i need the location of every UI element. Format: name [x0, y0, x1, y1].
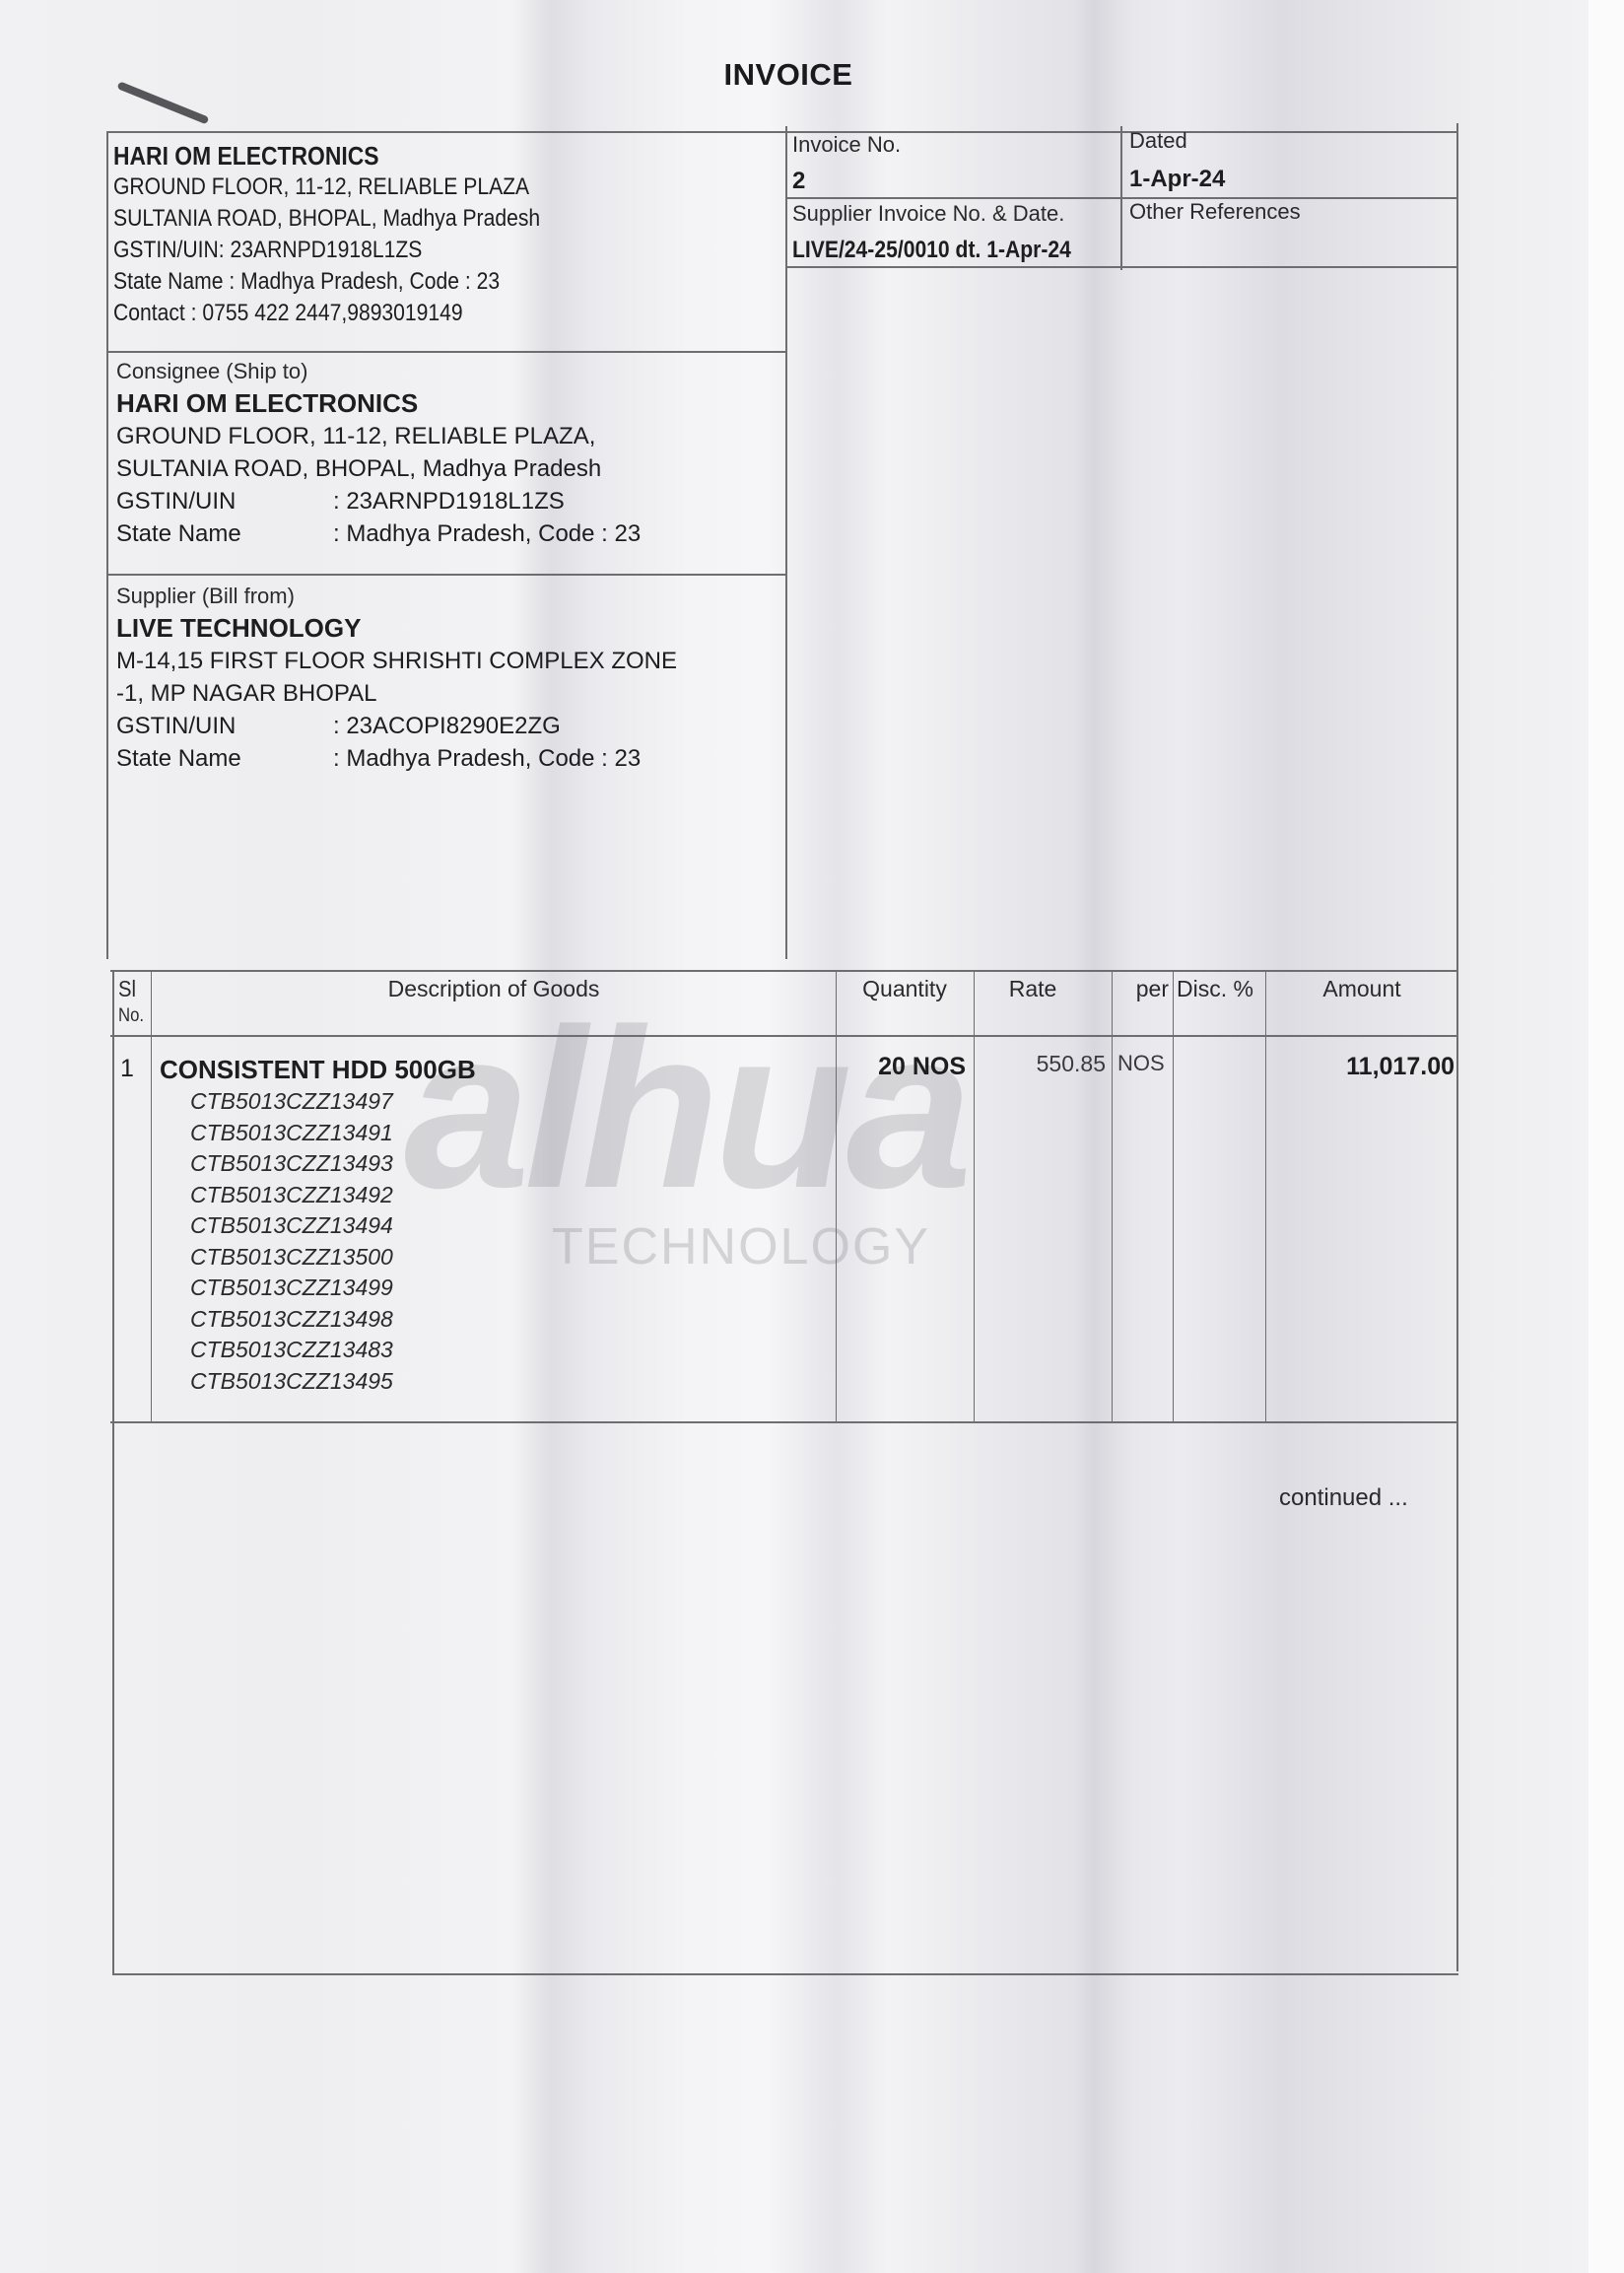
table-body-bottom [110, 1421, 1458, 1423]
consignee-state-row: State Name : Madhya Pradesh, Code : 23 [116, 517, 641, 550]
document-title: INVOICE [591, 57, 985, 93]
serial-number: CTB5013CZZ13499 [190, 1273, 393, 1304]
meta-row1-divider [785, 197, 1458, 199]
row-per: NOS [1117, 1051, 1165, 1076]
col-divider-qty [974, 970, 975, 1421]
col-divider-per [1173, 970, 1174, 1421]
buyer-divider [106, 351, 786, 353]
table-bottom-border [114, 1973, 1458, 1975]
consignee-heading: Consignee (Ship to) [116, 355, 641, 387]
table-top-border [110, 970, 1458, 972]
buyer-contact: Contact : 0755 422 2447,9893019149 [113, 298, 540, 329]
supplier-gstin-value: : 23ACOPI8290E2ZG [333, 710, 561, 742]
header-center-divider [785, 126, 787, 959]
buyer-state: State Name : Madhya Pradesh, Code : 23 [113, 266, 540, 298]
header-sl-no: No. [118, 1005, 144, 1027]
supplier-name: LIVE TECHNOLOGY [116, 612, 677, 645]
consignee-gstin-row: GSTIN/UIN : 23ARNPD1918L1ZS [116, 485, 641, 517]
header-description: Description of Goods [152, 976, 836, 1002]
serial-number: CTB5013CZZ13493 [190, 1148, 393, 1180]
supplier-heading: Supplier (Bill from) [116, 580, 677, 612]
consignee-divider [108, 574, 786, 576]
serial-number: CTB5013CZZ13494 [190, 1210, 393, 1242]
buyer-address-line: SULTANIA ROAD, BHOPAL, Madhya Pradesh [113, 203, 540, 235]
supplier-state-row: State Name : Madhya Pradesh, Code : 23 [116, 742, 677, 775]
dated-label: Dated [1129, 128, 1187, 154]
consignee-gstin-label: GSTIN/UIN [116, 485, 333, 517]
invoice-no-label: Invoice No. [792, 132, 901, 158]
dated-value: 1-Apr-24 [1129, 166, 1225, 193]
row-description: CONSISTENT HDD 500GB [160, 1055, 476, 1085]
col-divider-disc [1265, 970, 1266, 1421]
supplier-invoice-value: LIVE/24-25/0010 dt. 1-Apr-24 [792, 237, 1071, 264]
scan-background [1589, 0, 1624, 2273]
header-discount: Disc. % [1177, 976, 1253, 1002]
header-top-border [106, 131, 1458, 133]
table-left-border [112, 970, 114, 1975]
other-references-label: Other References [1129, 199, 1301, 225]
serial-number: CTB5013CZZ13500 [190, 1242, 393, 1274]
col-divider-sl [151, 970, 152, 1421]
serial-list: CTB5013CZZ13497 CTB5013CZZ13491 CTB5013C… [190, 1086, 393, 1397]
supplier-invoice-label: Supplier Invoice No. & Date. [792, 201, 1064, 227]
header-rate: Rate [974, 976, 1092, 1002]
invoice-no-value: 2 [792, 168, 805, 195]
supplier-state-value: : Madhya Pradesh, Code : 23 [333, 742, 641, 775]
serial-number: CTB5013CZZ13498 [190, 1304, 393, 1336]
consignee-address-line: GROUND FLOOR, 11-12, RELIABLE PLAZA, [116, 420, 641, 452]
supplier-address-line: -1, MP NAGAR BHOPAL [116, 677, 677, 710]
continued-note: continued ... [1279, 1484, 1408, 1512]
consignee-gstin-value: : 23ARNPD1918L1ZS [333, 485, 565, 517]
header-amount: Amount [1265, 976, 1458, 1002]
buyer-name: HARI OM ELECTRONICS [113, 140, 540, 172]
consignee-state-label: State Name [116, 517, 333, 550]
supplier-address-line: M-14,15 FIRST FLOOR SHRISHTI COMPLEX ZON… [116, 645, 677, 677]
serial-number: CTB5013CZZ13491 [190, 1118, 393, 1149]
consignee-state-value: : Madhya Pradesh, Code : 23 [333, 517, 641, 550]
row-sl: 1 [120, 1055, 134, 1083]
serial-number: CTB5013CZZ13483 [190, 1335, 393, 1366]
supplier-gstin-label: GSTIN/UIN [116, 710, 333, 742]
row-amount: 11,017.00 [1265, 1053, 1455, 1081]
header-sl: Sl [118, 976, 136, 1002]
buyer-block: HARI OM ELECTRONICS GROUND FLOOR, 11-12,… [113, 140, 598, 329]
supplier-block: Supplier (Bill from) LIVE TECHNOLOGY M-1… [116, 580, 677, 775]
col-divider-rate [1112, 970, 1113, 1421]
col-divider-desc [836, 970, 837, 1421]
serial-number: CTB5013CZZ13492 [190, 1180, 393, 1211]
consignee-address-line: SULTANIA ROAD, BHOPAL, Madhya Pradesh [116, 452, 641, 485]
header-left-border [106, 131, 108, 959]
header-per: per [1112, 976, 1173, 1002]
supplier-gstin-row: GSTIN/UIN : 23ACOPI8290E2ZG [116, 710, 677, 742]
row-quantity: 20 NOS [836, 1053, 966, 1081]
row-rate: 550.85 [974, 1051, 1106, 1077]
table-header-divider [110, 1035, 1458, 1037]
serial-number: CTB5013CZZ13497 [190, 1086, 393, 1118]
consignee-block: Consignee (Ship to) HARI OM ELECTRONICS … [116, 355, 641, 550]
consignee-name: HARI OM ELECTRONICS [116, 387, 641, 420]
buyer-gstin: GSTIN/UIN: 23ARNPD1918L1ZS [113, 235, 540, 266]
serial-number: CTB5013CZZ13495 [190, 1366, 393, 1398]
right-border [1456, 123, 1458, 1971]
meta-row2-divider [785, 266, 1458, 268]
supplier-state-label: State Name [116, 742, 333, 775]
buyer-address-line: GROUND FLOOR, 11-12, RELIABLE PLAZA [113, 172, 540, 203]
header-quantity: Quantity [836, 976, 974, 1002]
